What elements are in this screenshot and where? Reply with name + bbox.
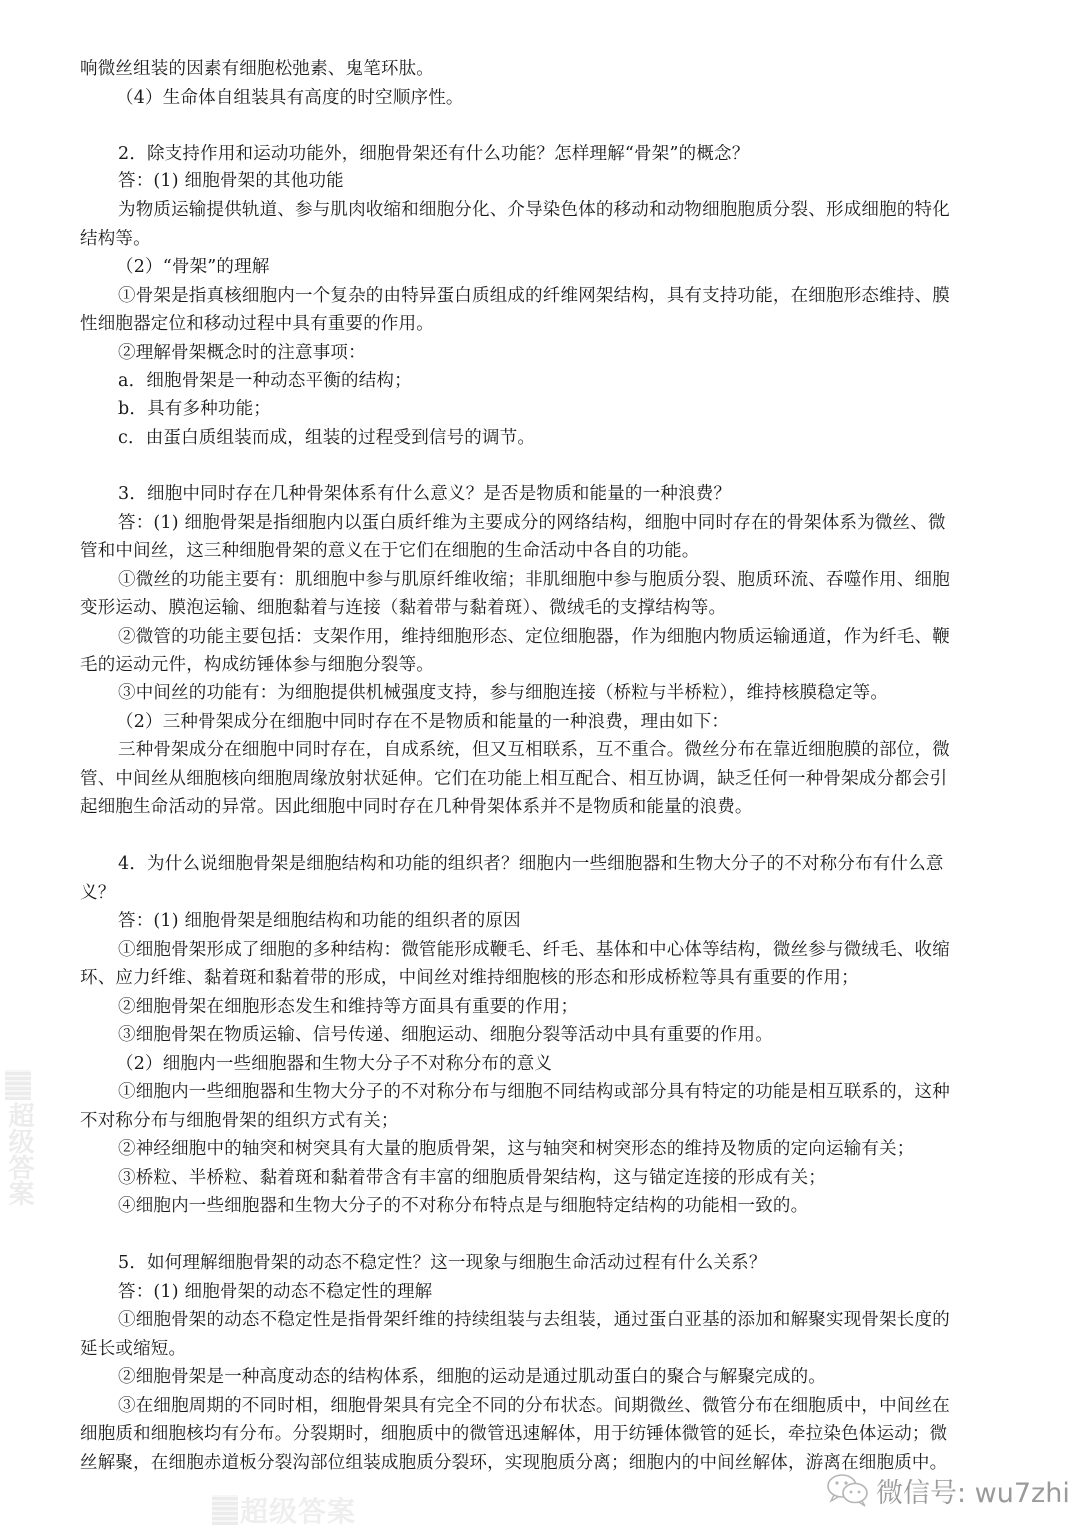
text-line: 义？ [80,880,1010,906]
watermark-logo-icon [212,1495,238,1525]
text-line: 答：(1) 细胞骨架是细胞结构和功能的组织者的原因 [118,908,1048,934]
text-line: ②理解骨架概念时的注意事项： [118,340,1048,366]
text-line: c．由蛋白质组装而成，组装的过程受到信号的调节。 [118,425,1048,451]
text-line: a．细胞骨架是一种动态平衡的结构； [118,368,1048,394]
text-line: 环、应力纤维、黏着斑和黏着带的形成，中间丝对维持细胞核的形态和形成桥粒等具有重要… [80,965,1010,991]
text-line: 起细胞生命活动的异常。因此细胞中同时存在几种骨架体系并不是物质和能量的浪费。 [80,794,1010,820]
text-line: ①细胞骨架的动态不稳定性是指骨架纤维的持续组装与去组装，通过蛋白亚基的添加和解聚… [118,1307,1048,1333]
bottom-watermark-text: 超级答案 [240,1495,356,1528]
text-line: 管、中间丝从细胞核向细胞周缘放射状延伸。它们在功能上相互配合、相互协调，缺乏任何… [80,766,1010,792]
text-line: ③桥粒、半桥粒、黏着斑和黏着带含有丰富的细胞质骨架结构，这与锚定连接的形成有关； [118,1165,1048,1191]
side-watermark: 超级答案 [3,1070,33,1214]
text-line: （2）“骨架”的理解 [116,254,1046,280]
text-line: ②细胞骨架是一种高度动态的结构体系，细胞的运动是通过肌动蛋白的聚合与解聚完成的。 [118,1364,1048,1390]
side-watermark-text: 超级答案 [3,1102,34,1206]
text-line: ②神经细胞中的轴突和树突具有大量的胞质骨架，这与轴突和树突形态的维持及物质的定向… [118,1136,1048,1162]
text-line: 答：(1) 细胞骨架的其他功能 [118,168,1048,194]
text-line: 不对称分布与细胞骨架的组织方式有关； [80,1108,1010,1134]
text-line: 为物质运输提供轨道、参与肌肉收缩和细胞分化、介导染色体的移动和动物细胞胞质分裂、… [118,197,1048,223]
wechat-id-badge: 微信号: wu7zhi [826,1470,1070,1510]
wechat-id-label: 微信号: wu7zhi [876,1471,1070,1510]
text-line: 3．细胞中同时存在几种骨架体系有什么意义？是否是物质和能量的一种浪费？ [118,481,1048,507]
text-line: （2）三种骨架成分在细胞中同时存在不是物质和能量的一种浪费，理由如下： [116,709,1046,735]
text-line: ④细胞内一些细胞器和生物大分子的不对称分布特点是与细胞特定结构的功能相一致的。 [118,1193,1048,1219]
text-line: ②微管的功能主要包括：支架作用，维持细胞形态、定位细胞器，作为细胞内物质运输通道… [118,624,1048,650]
text-line: ③细胞骨架在物质运输、信号传递、细胞运动、细胞分裂等活动中具有重要的作用。 [118,1022,1048,1048]
text-line: ③中间丝的功能有：为细胞提供机械强度支持，参与细胞连接（桥粒与半桥粒），维持核膜… [118,680,1048,706]
text-line: ②细胞骨架在细胞形态发生和维持等方面具有重要的作用； [118,994,1048,1020]
text-line: 性细胞器定位和移动过程中具有重要的作用。 [80,311,1010,337]
text-line: ①细胞内一些细胞器和生物大分子的不对称分布与细胞不同结构或部分具有特定的功能是相… [118,1079,1048,1105]
wechat-icon [826,1472,870,1508]
bottom-watermark: 超级答案 [212,1490,356,1528]
text-line: 2．除支持作用和运动功能外，细胞骨架还有什么功能？怎样理解“骨架”的概念？ [118,141,1048,167]
text-line: 延长或缩短。 [80,1336,1010,1362]
text-line: 细胞质和细胞核均有分布。分裂期时，细胞质中的微管迅速解体，用于纺锤体微管的延长，… [80,1421,1010,1447]
text-line: 管和中间丝，这三种细胞骨架的意义在于它们在细胞的生命活动中各自的功能。 [80,538,1010,564]
text-line: （2）细胞内一些细胞器和生物大分子不对称分布的意义 [116,1051,1046,1077]
text-line: b．具有多种功能； [118,396,1048,422]
text-line: ③在细胞周期的不同时相，细胞骨架具有完全不同的分布状态。间期微丝、微管分布在细胞… [118,1393,1048,1419]
text-line: ①微丝的功能主要有：肌细胞中参与肌原纤维收缩；非肌细胞中参与胞质分裂、胞质环流、… [118,567,1048,593]
text-line: 毛的运动元件，构成纺锤体参与细胞分裂等。 [80,652,1010,678]
text-line: 响微丝组装的因素有细胞松弛素、鬼笔环肽。 [80,56,1010,82]
text-line: 4．为什么说细胞骨架是细胞结构和功能的组织者？细胞内一些细胞器和生物大分子的不对… [118,851,1048,877]
watermark-logo-icon [5,1070,31,1100]
text-line: ①骨架是指真核细胞内一个复杂的由特异蛋白质组成的纤维网架结构，具有支持功能，在细… [118,283,1048,309]
text-line: 三种骨架成分在细胞中同时存在，自成系统，但又互相联系，互不重合。微丝分布在靠近细… [118,737,1048,763]
document-page: 响微丝组装的因素有细胞松弛素、鬼笔环肽。（4）生命体自组装具有高度的时空顺序性。… [0,0,1080,1528]
text-line: ①细胞骨架形成了细胞的多种结构：微管能形成鞭毛、纤毛、基体和中心体等结构，微丝参… [118,937,1048,963]
text-line: 变形运动、膜泡运输、细胞黏着与连接（黏着带与黏着斑）、微绒毛的支撑结构等。 [80,595,1010,621]
text-line: 答：(1) 细胞骨架的动态不稳定性的理解 [118,1279,1048,1305]
text-line: （4）生命体自组装具有高度的时空顺序性。 [116,85,1046,111]
text-line: 5．如何理解细胞骨架的动态不稳定性？这一现象与细胞生命活动过程有什么关系？ [118,1250,1048,1276]
text-line: 答：(1) 细胞骨架是指细胞内以蛋白质纤维为主要成分的网络结构，细胞中同时存在的… [118,510,1048,536]
text-line: 结构等。 [80,226,1010,252]
